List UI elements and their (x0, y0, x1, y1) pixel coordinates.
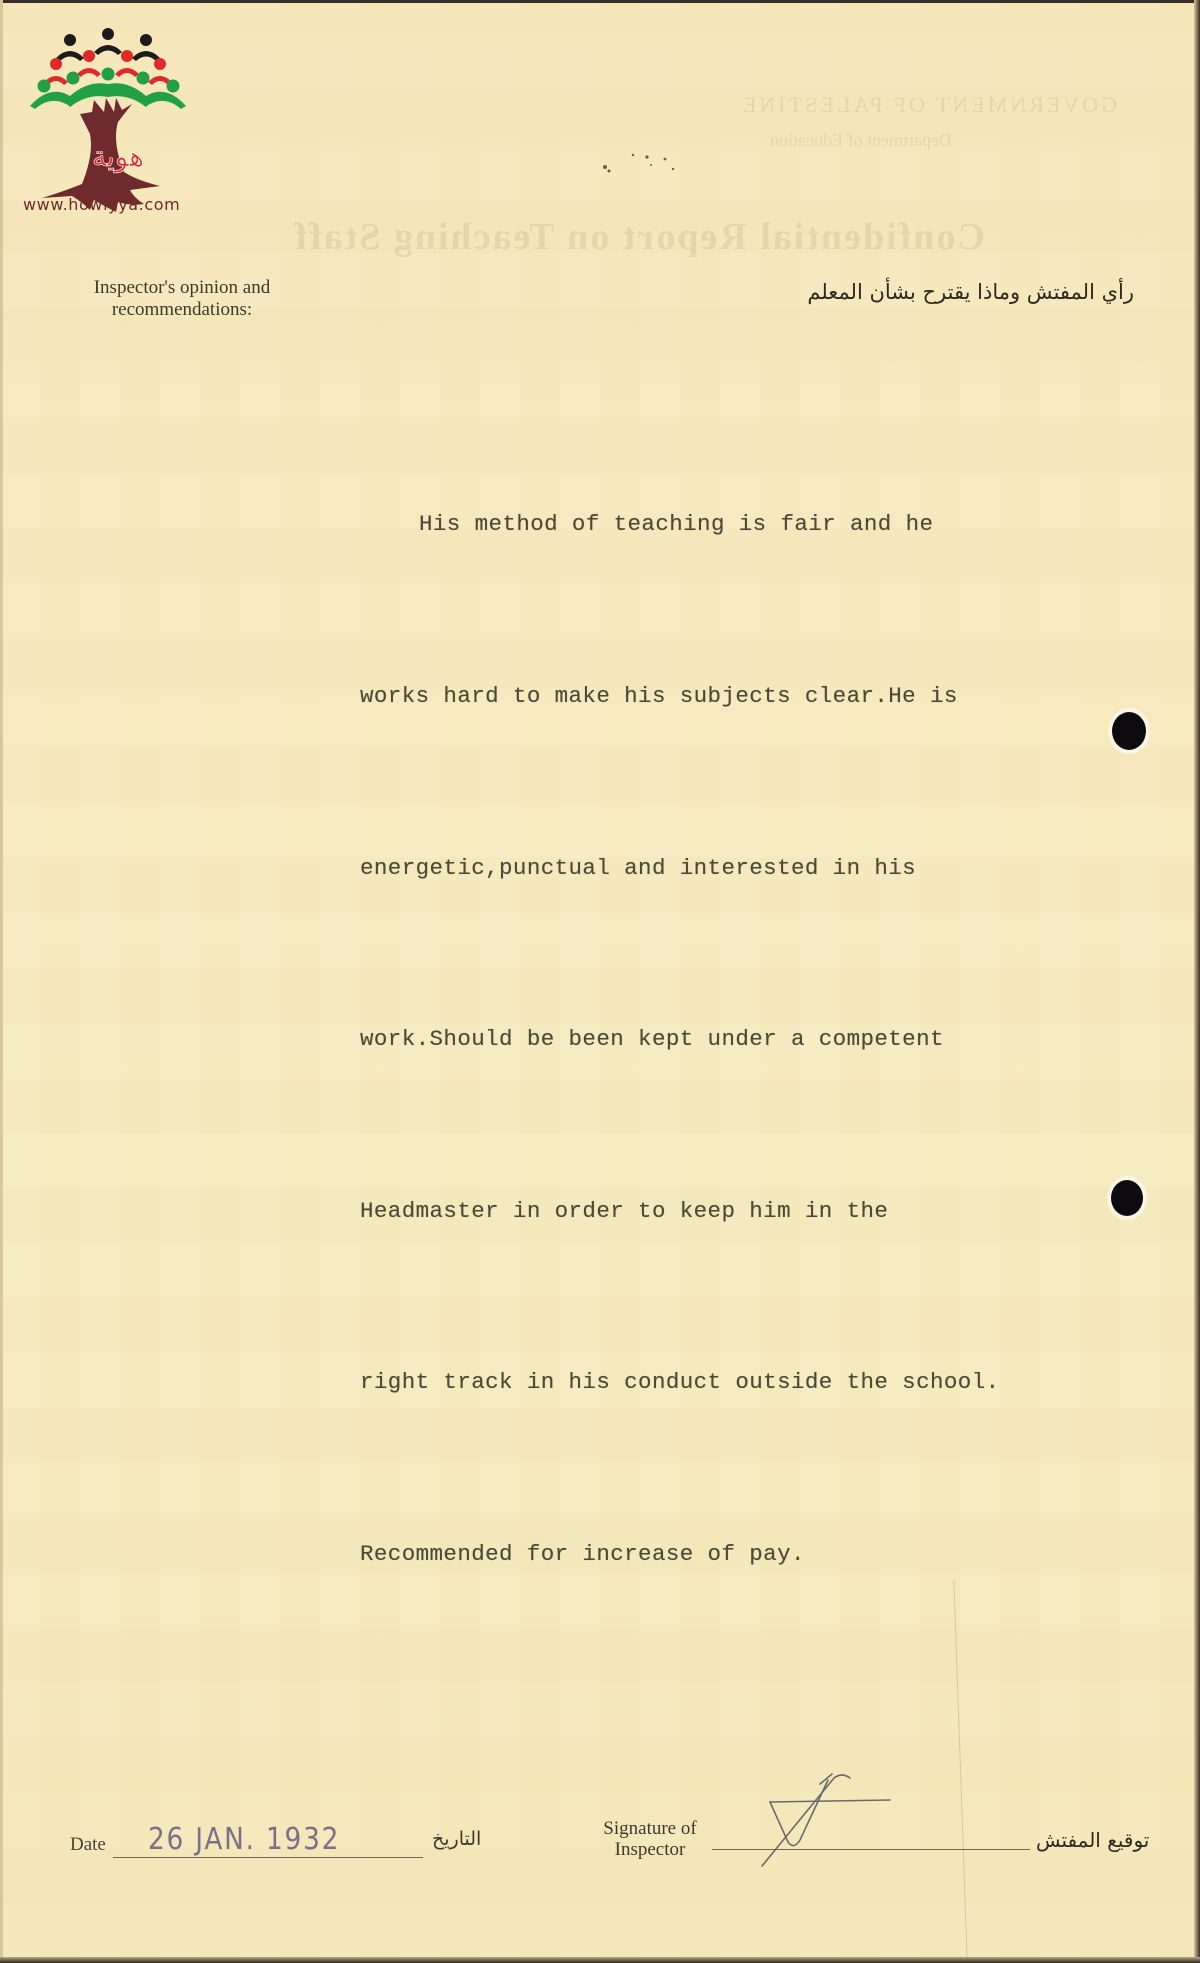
signature-label-arabic: توقيع المفتش (1036, 1828, 1149, 1852)
date-label: Date (70, 1834, 106, 1856)
page-edge-right (1194, 0, 1200, 1963)
showthrough-government-line: GOVERNMENT OF PALESTINE (740, 92, 1117, 118)
report-line: right track in his conduct outside the s… (360, 1354, 1080, 1411)
punch-hole-icon (1111, 1180, 1143, 1216)
section-label-line1: Inspector's opinion and (94, 277, 271, 298)
report-line: Headmaster in order to keep him in the (360, 1183, 1080, 1240)
showthrough-title: Confidential Report on Teaching Staff (225, 215, 985, 259)
report-line: works hard to make his subjects clear.He… (360, 668, 1080, 725)
date-label-arabic: التاريخ (432, 1828, 481, 1850)
page-edge-bottom (0, 1957, 1200, 1963)
report-line: His method of teaching is fair and he (360, 496, 1080, 553)
section-label-line2: recommendations: (112, 299, 252, 320)
date-stamp: 26 JAN. 1932 (148, 1822, 340, 1857)
page-edge-left (0, 0, 3, 1963)
signature-label: Signature of Inspector (585, 1818, 715, 1860)
section-label-english: Inspector's opinion and recommendations: (62, 277, 302, 321)
howiyya-logo-icon: هوية (20, 24, 200, 220)
date-underline (113, 1857, 423, 1858)
signature-label-line1: Signature of (603, 1818, 696, 1839)
section-label-arabic: رأي المفتش وماذا يقترح بشأن المعلم (807, 280, 1134, 304)
report-line: energetic,punctual and interested in his (360, 840, 1080, 897)
inspector-signature-icon (750, 1770, 900, 1870)
signature-label-line2: Inspector (615, 1839, 686, 1860)
ink-marks-icon (595, 145, 695, 185)
typed-report-body: His method of teaching is fair and he wo… (360, 382, 1080, 1640)
svg-text:هوية: هوية (92, 140, 144, 173)
punch-hole-icon (1112, 712, 1146, 750)
report-line: Recommended for increase of pay. (360, 1526, 1080, 1583)
watermark-url: www.howiyya.com (23, 195, 198, 214)
report-line: work.Should be been kept under a compete… (360, 1011, 1080, 1068)
showthrough-department-line: Department of Education (770, 130, 952, 151)
